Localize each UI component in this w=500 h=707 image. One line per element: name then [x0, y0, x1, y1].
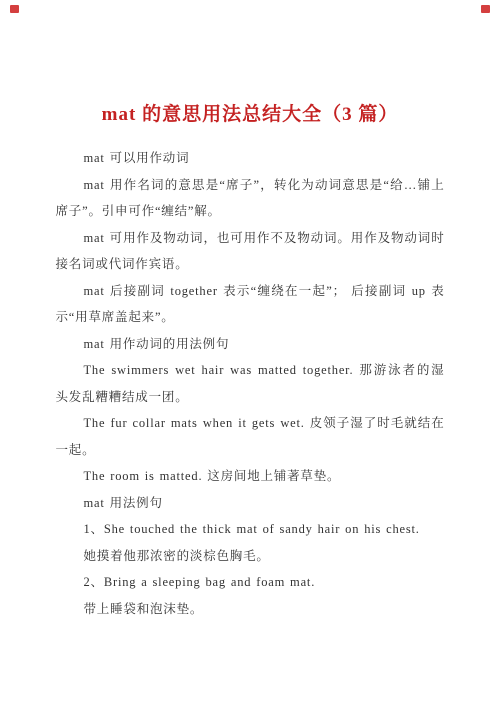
paragraph: 她摸着他那浓密的淡棕色胸毛。: [56, 543, 445, 570]
paragraph: 2、Bring a sleeping bag and foam mat.: [56, 569, 445, 596]
paragraph: 带上睡袋和泡沫垫。: [56, 596, 445, 623]
corner-mark-left-icon: [10, 5, 19, 13]
document-page: mat 的意思用法总结大全（3 篇） mat 可以用作动词mat 用作名词的意思…: [0, 0, 500, 707]
paragraph: The swimmers wet hair was matted togethe…: [56, 357, 445, 410]
document-body: mat 可以用作动词mat 用作名词的意思是“席子”，转化为动词意思是“给…铺上…: [56, 145, 445, 622]
paragraph: 1、She touched the thick mat of sandy hai…: [56, 516, 445, 543]
paragraph: mat 用法例句: [56, 490, 445, 517]
page-title: mat 的意思用法总结大全（3 篇）: [0, 103, 500, 127]
paragraph: mat 用作动词的用法例句: [56, 331, 445, 358]
paragraph: The room is matted. 这房间地上铺著草垫。: [56, 463, 445, 490]
paragraph: mat 可以用作动词: [56, 145, 445, 172]
paragraph: mat 后接副词 together 表示“缠绕在一起”； 后接副词 up 表示“…: [56, 278, 445, 331]
corner-mark-right-icon: [481, 5, 490, 13]
paragraph: mat 用作名词的意思是“席子”，转化为动词意思是“给…铺上席子”。引申可作“缠…: [56, 172, 445, 225]
paragraph: mat 可用作及物动词，也可用作不及物动词。用作及物动词时接名词或代词作宾语。: [56, 225, 445, 278]
paragraph: The fur collar mats when it gets wet. 皮领…: [56, 410, 445, 463]
